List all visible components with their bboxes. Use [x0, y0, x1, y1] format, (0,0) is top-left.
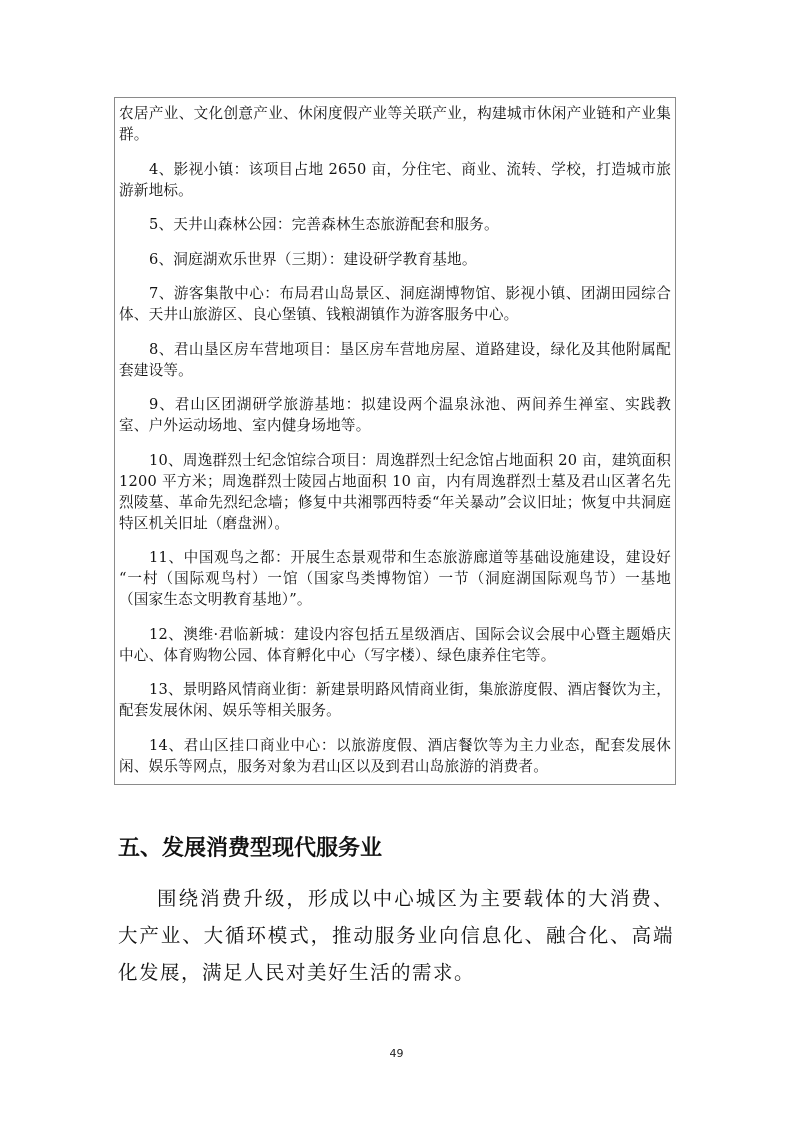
page-number: 49 [0, 1047, 793, 1060]
project-list-box: 农居产业、文化创意产业、休闲度假产业等关联产业，构建城市休闲产业链和产业集群。 … [114, 97, 676, 785]
box-paragraph-0: 农居产业、文化创意产业、休闲度假产业等关联产业，构建城市休闲产业链和产业集群。 [119, 103, 671, 145]
box-paragraph-item-10: 10、周逸群烈士纪念馆综合项目：周逸群烈士纪念馆占地面积 20 亩，建筑面积 1… [119, 450, 671, 534]
box-paragraph-item-7: 7、游客集散中心：布局君山岛景区、洞庭湖博物馆、影视小镇、团湖田园综合体、天井山… [119, 283, 671, 325]
section-body-paragraph: 围绕消费升级，形成以中心城区为主要载体的大消费、大产业、大循环模式，推动服务业向… [118, 880, 674, 991]
box-paragraph-item-11: 11、中国观鸟之都：开展生态景观带和生态旅游廊道等基础设施建设，建设好 “一村（… [119, 547, 671, 610]
box-paragraph-item-12: 12、澳维·君临新城：建设内容包括五星级酒店、国际会议会展中心暨主题婚庆中心、体… [119, 624, 671, 666]
box-paragraph-item-14: 14、君山区挂口商业中心：以旅游度假、酒店餐饮等为主力业态，配套发展休闲、娱乐等… [119, 735, 671, 777]
box-paragraph-item-9: 9、君山区团湖研学旅游基地：拟建设两个温泉泳池、两间养生禅室、实践教室、户外运动… [119, 394, 671, 436]
box-paragraph-item-8: 8、君山垦区房车营地项目：垦区房车营地房屋、道路建设，绿化及其他附属配套建设等。 [119, 339, 671, 381]
box-paragraph-item-13: 13、景明路风情商业街：新建景明路风情商业街，集旅游度假、酒店餐饮为主，配套发展… [119, 679, 671, 721]
box-paragraph-item-5: 5、天井山森林公园：完善森林生态旅游配套和服务。 [119, 214, 671, 235]
section-heading: 五、发展消费型现代服务业 [118, 834, 382, 864]
box-paragraph-item-4: 4、影视小镇：该项目占地 2650 亩，分住宅、商业、流转、学校，打造城市旅游新… [119, 159, 671, 201]
box-paragraph-item-6: 6、洞庭湖欢乐世界（三期）：建设研学教育基地。 [119, 249, 671, 270]
